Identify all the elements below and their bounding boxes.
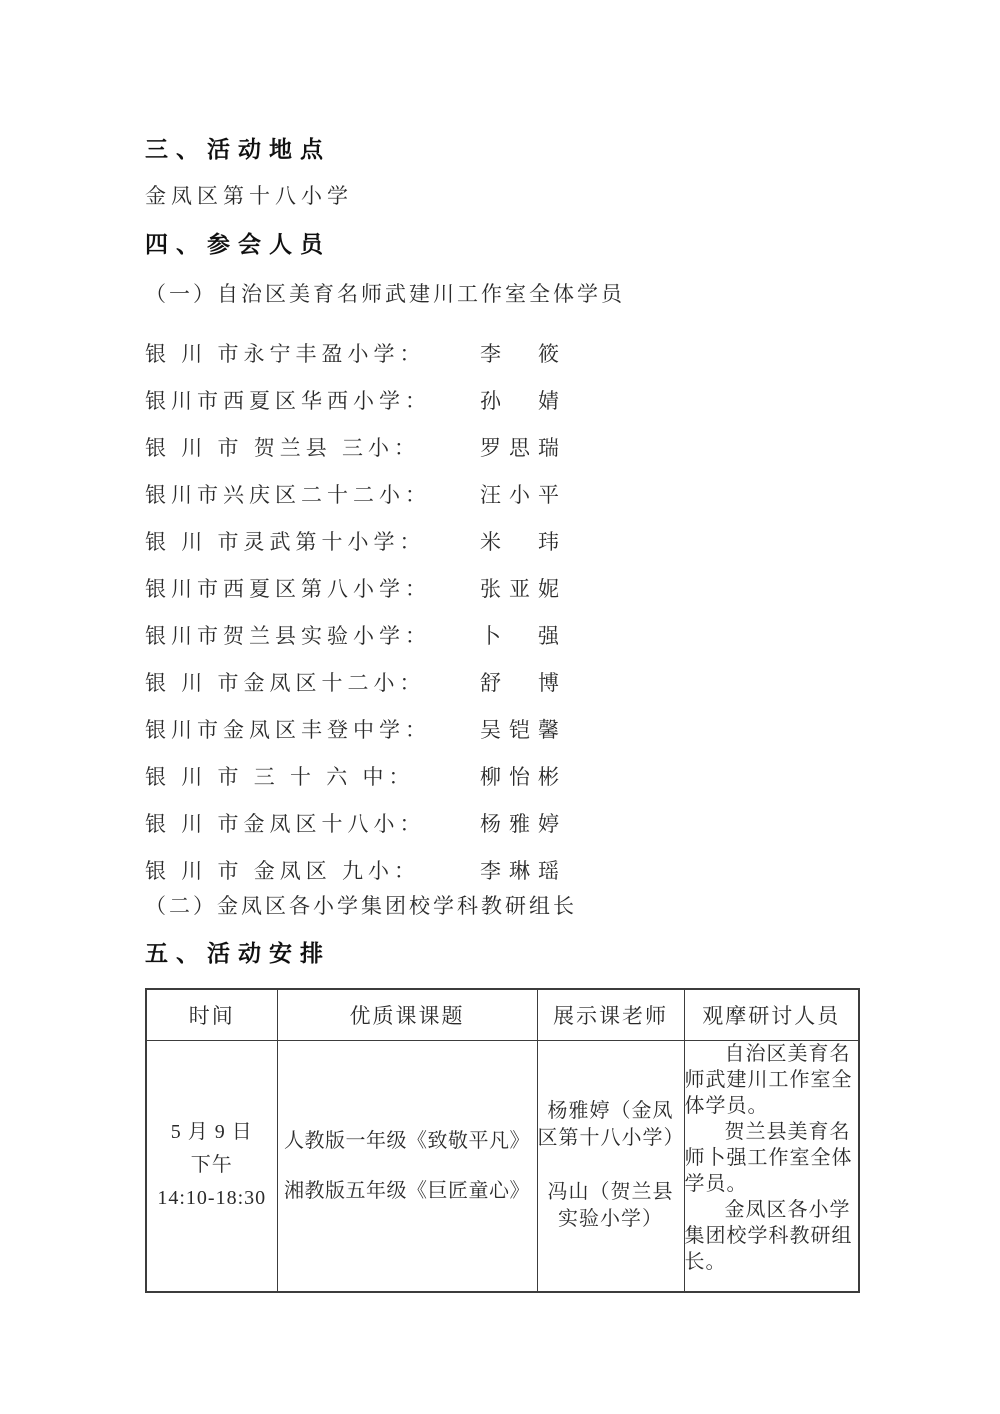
- group-2-label: （二）金凤区各小学集团校学科教研组长: [145, 893, 859, 919]
- member-school: 银 川 市 三 十 六 中：: [145, 761, 430, 791]
- member-name: 孙 婧: [480, 385, 567, 415]
- observer-group-1: 自治区美育名师武建川工作室全体学员。: [685, 1041, 859, 1119]
- section-5-heading: 五、活动安排: [145, 940, 859, 966]
- member-name: 张亚妮: [480, 573, 567, 603]
- member-name: 柳怡彬: [480, 761, 567, 791]
- member-row: 银川市兴庆区二十二小：汪小平: [145, 470, 859, 517]
- section-4-heading: 四、参会人员: [145, 231, 859, 257]
- schedule-header-row: 时间 优质课课题 展示课老师 观摩研讨人员: [146, 989, 859, 1041]
- member-row: 银川市金凤区丰登中学：吴铠馨: [145, 705, 859, 752]
- member-name: 李琳瑶: [480, 855, 567, 885]
- time-period: 下午: [147, 1149, 277, 1182]
- teacher-1: 杨雅婷（金凤区第十八小学）: [538, 1098, 684, 1152]
- observer-group-2: 贺兰县美育名师卜强工作室全体学员。: [685, 1119, 859, 1197]
- schedule-body-row: 5 月 9 日 下午 14:10-18:30 人教版一年级《致敬平凡》 湘教版五…: [146, 1041, 859, 1292]
- member-school: 银 川 市 金凤区 九小：: [145, 855, 430, 885]
- member-school: 银 川 市金凤区十二小：: [145, 667, 430, 697]
- header-demo-teacher: 展示课老师: [537, 989, 684, 1041]
- member-name: 米 玮: [480, 526, 567, 556]
- member-name: 汪小平: [480, 479, 567, 509]
- member-name: 杨雅婷: [480, 808, 567, 838]
- member-name: 李 筱: [480, 338, 567, 368]
- group-1-label: （一）自治区美育名师武建川工作室全体学员: [145, 281, 859, 307]
- topic-cell: 人教版一年级《致敬平凡》 湘教版五年级《巨匠童心》: [277, 1041, 537, 1292]
- schedule-table: 时间 优质课课题 展示课老师 观摩研讨人员 5 月 9 日 下午 14:10-1…: [145, 988, 860, 1293]
- member-row: 银 川 市灵武第十小学：米 玮: [145, 517, 859, 564]
- member-row: 银 川 市永宁丰盈小学：李 筱: [145, 329, 859, 376]
- member-school: 银 川 市 贺兰县 三小：: [145, 432, 430, 462]
- observer-cell: 自治区美育名师武建川工作室全体学员。 贺兰县美育名师卜强工作室全体学员。 金凤区…: [684, 1041, 859, 1292]
- member-row: 银川市西夏区华西小学：孙 婧: [145, 376, 859, 423]
- topic-1: 人教版一年级《致敬平凡》: [278, 1129, 537, 1153]
- member-row: 银 川 市金凤区十二小：舒 博: [145, 658, 859, 705]
- member-name: 吴铠馨: [480, 714, 567, 744]
- header-lesson-topic: 优质课课题: [277, 989, 537, 1041]
- observer-group-3: 金凤区各小学集团校学科教研组长。: [685, 1197, 859, 1275]
- member-name: 罗思瑞: [480, 432, 567, 462]
- member-row: 银 川 市 三 十 六 中：柳怡彬: [145, 752, 859, 799]
- section-3-location: 金凤区第十八小学: [145, 183, 859, 209]
- member-school: 银 川 市金凤区十八小：: [145, 808, 430, 838]
- member-list: 银 川 市永宁丰盈小学：李 筱 银川市西夏区华西小学：孙 婧 银 川 市 贺兰县…: [145, 329, 859, 893]
- member-name: 舒 博: [480, 667, 567, 697]
- time-date: 5 月 9 日: [147, 1116, 277, 1149]
- member-row: 银 川 市金凤区十八小：杨雅婷: [145, 799, 859, 846]
- document-page: 三、活动地点 金凤区第十八小学 四、参会人员 （一）自治区美育名师武建川工作室全…: [0, 0, 1000, 1414]
- member-school: 银川市西夏区华西小学：: [145, 385, 430, 415]
- teacher-cell: 杨雅婷（金凤区第十八小学） 冯山（贺兰县实验小学）: [537, 1041, 684, 1292]
- member-name: 卜 强: [480, 620, 567, 650]
- member-school: 银 川 市灵武第十小学：: [145, 526, 430, 556]
- member-row: 银 川 市 贺兰县 三小：罗思瑞: [145, 423, 859, 470]
- time-range: 14:10-18:30: [147, 1182, 277, 1215]
- member-school: 银川市金凤区丰登中学：: [145, 714, 430, 744]
- teacher-2: 冯山（贺兰县实验小学）: [538, 1179, 684, 1233]
- section-3-heading: 三、活动地点: [145, 136, 859, 162]
- document-content: 三、活动地点 金凤区第十八小学 四、参会人员 （一）自治区美育名师武建川工作室全…: [145, 136, 859, 1293]
- member-school: 银川市兴庆区二十二小：: [145, 479, 430, 509]
- member-row: 银川市西夏区第八小学：张亚妮: [145, 564, 859, 611]
- member-school: 银川市西夏区第八小学：: [145, 573, 430, 603]
- topic-2: 湘教版五年级《巨匠童心》: [278, 1179, 537, 1203]
- member-row: 银川市贺兰县实验小学：卜 强: [145, 611, 859, 658]
- member-row: 银 川 市 金凤区 九小：李琳瑶: [145, 846, 859, 893]
- header-observers: 观摩研讨人员: [684, 989, 859, 1041]
- member-school: 银 川 市永宁丰盈小学：: [145, 338, 430, 368]
- header-time: 时间: [146, 989, 277, 1041]
- time-cell: 5 月 9 日 下午 14:10-18:30: [146, 1041, 277, 1292]
- member-school: 银川市贺兰县实验小学：: [145, 620, 430, 650]
